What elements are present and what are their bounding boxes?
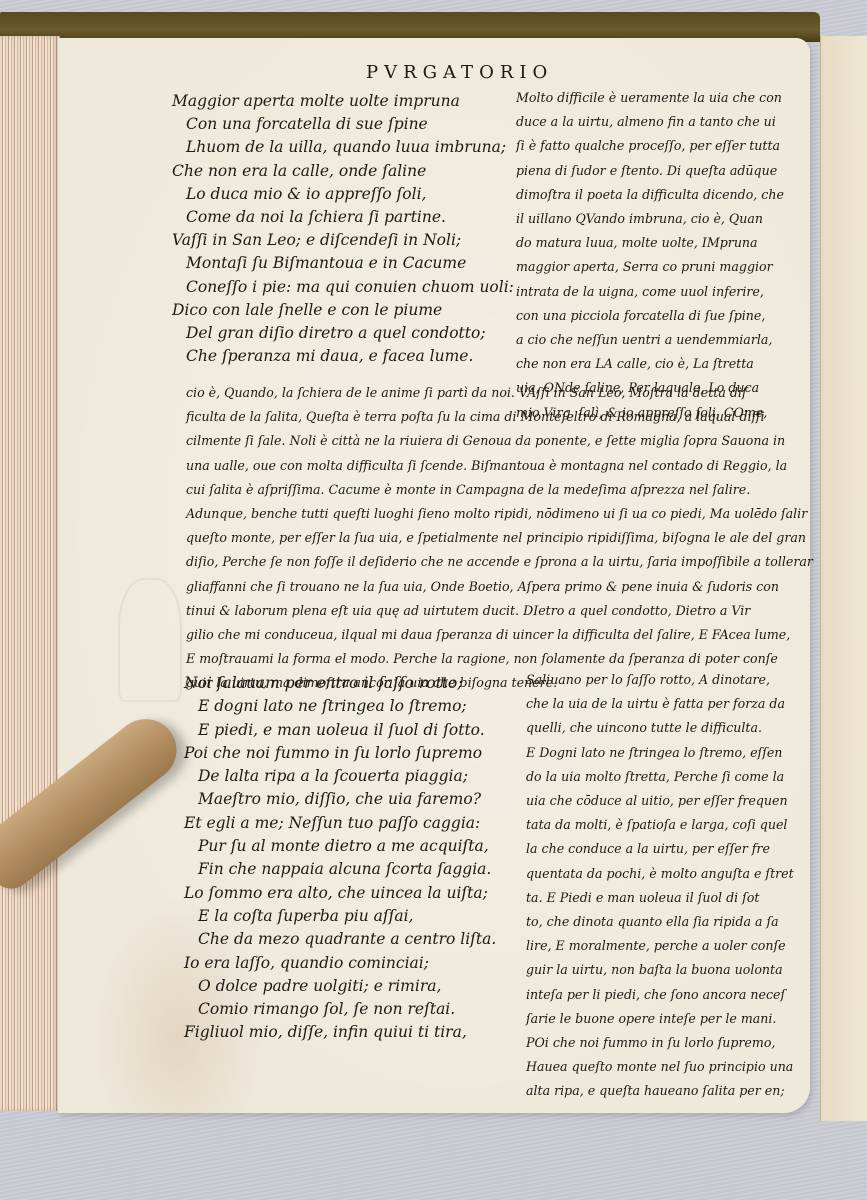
commentary-line: duce a la uirtu, almeno fin a tanto che … (516, 110, 816, 134)
running-head: PVRGATORIO (366, 62, 553, 83)
commentary-line: piena di ſudor e ſtento. Di queſta adūqu… (516, 159, 816, 183)
commentary-line: Molto difficile è ueramente la uia che c… (516, 86, 816, 110)
verse-line: Come da noi la ſchiera ſi partine. (172, 206, 514, 229)
verse-line: Lhuom de la uilla, quando luua imbruna; (172, 136, 514, 159)
commentary-line: gilio che mi conduceua, ilqual mi daua ſ… (186, 623, 806, 647)
verse-line: Io era laſſo, quandio cominciai; (184, 952, 496, 975)
commentary-line: dimoſtra il poeta la difficulta dicendo,… (516, 183, 816, 207)
commentary-line: intrata de la uigna, come uuol inferire, (516, 280, 816, 304)
page-stain (118, 578, 182, 702)
commentary-line: quentata da pochi, è molto anguſta e ſtr… (526, 862, 816, 886)
verse-line: Lo duca mio & io appreſſo ſoli, (172, 183, 514, 206)
verse-line: Coneſſo i pie: ma qui conuien chuom uoli… (172, 276, 514, 299)
verse-line: Vaſſi in San Leo; e diſcendeſi in Noli; (172, 229, 514, 252)
verse-line: Maggior aperta molte uolte impruna (172, 90, 514, 113)
commentary-line: POi che noi fummo in ſu lorlo ſupremo, (526, 1031, 816, 1055)
commentary-line: una ualle, oue con molta difficulta ſi ſ… (186, 454, 806, 478)
commentary-line: to, che dinota quanto ella ſia ripida a … (526, 910, 816, 934)
verse-line: Dico con lale ſnelle e con le piume (172, 299, 514, 322)
commentary-block-1: Molto difficile è ueramente la uia che c… (516, 86, 816, 425)
commentary-line: il uillano QVando imbruna, cio è, Quan (516, 207, 816, 231)
commentary-line: do la uia molto ſtretta, Perche ſi come … (526, 765, 816, 789)
commentary-line: tata da molti, è ſpatioſa e larga, coſi … (526, 813, 816, 837)
commentary-block-2: Saliuano per lo ſaſſo rotto, A dinotare,… (526, 668, 816, 1104)
commentary-line: inteſa per li piedi, che ſono ancora nec… (526, 983, 816, 1007)
verse-line: Figliuol mio, diſſe, infin quiui ti tira… (184, 1021, 496, 1044)
verse-block-1: Maggior aperta molte uolte impruna Con u… (172, 90, 514, 368)
commentary-line: ſarie le buone opere inteſe per le mani. (526, 1007, 816, 1031)
verse-line: Con una forcatella di sue ſpine (172, 113, 514, 136)
commentary-line: ta. E Piedi e man uoleua il ſuol di ſot (526, 886, 816, 910)
commentary-line: alta ripa, e queſta haueano ſalita per e… (526, 1079, 816, 1103)
commentary-line: ſi è fatto qualche proceſſo, per eſſer t… (516, 134, 816, 158)
facing-page-edge (820, 36, 867, 1121)
verse-line: Pur ſu al monte dietro a me acquiſta, (184, 835, 496, 858)
verse-line: E dogni lato ne ſtringea lo ſtremo; (184, 695, 496, 718)
commentary-line: Adunque, benche tutti queſti luoghi ſien… (186, 502, 806, 526)
verse-line: O dolce padre uolgiti; e rimira, (184, 975, 496, 998)
verse-line: Del gran diſio diretro a quel condotto; (172, 322, 514, 345)
book-page: PVRGATORIO Maggior aperta molte uolte im… (58, 38, 810, 1113)
verse-line: De lalta ripa a la ſcouerta piaggia; (184, 765, 496, 788)
verse-line: Montaſi ſu Biſmantoua e in Cacume (172, 252, 514, 275)
commentary-line: tinui & laborum plena eſt uia quę ad uir… (186, 599, 806, 623)
verse-line: Et egli a me; Neſſun tuo paſſo caggia: (184, 812, 496, 835)
verse-line: Comio rimango ſol, ſe non reſtai. (184, 998, 496, 1021)
commentary-line: quelli, che uincono tutte le difficulta. (526, 716, 816, 740)
verse-line: Che non era la calle, onde ſaline (172, 160, 514, 183)
verse-line: Che da mezo quadrante a centro liſta. (184, 928, 496, 951)
commentary-line: diſio, Perche ſe non foſſe il deſiderio … (186, 550, 806, 574)
verse-line: E la coſta ſuperba piu aſſai, (184, 905, 496, 928)
commentary-line: gliaffanni che ſi trouano ne la ſua uia,… (186, 575, 806, 599)
verse-line: E piedi, e man uoleua il ſuol di ſotto. (184, 719, 496, 742)
verse-line: Lo ſommo era alto, che uincea la uiſta; (184, 882, 496, 905)
verse-line: Maeſtro mio, diſſio, che uia faremo? (184, 788, 496, 811)
commentary-line: la che conduce a la uirtu, per eſſer fre (526, 837, 816, 861)
commentary-line: do matura luua, molte uolte, IMpruna (516, 231, 816, 255)
commentary-line: che la uia de la uirtu è fatta per forza… (526, 692, 816, 716)
commentary-line: uia che cōduce al uitio, per eſſer frequ… (526, 789, 816, 813)
commentary-line: lire, E moralmente, perche a uoler conſe (526, 934, 816, 958)
commentary-line: queſto monte, per eſſer la ſua uia, e ſp… (186, 526, 806, 550)
commentary-line: ficulta de la ſalita, Queſta è terra poſ… (186, 405, 806, 429)
commentary-line: Hauea queſto monte nel ſuo principio una (526, 1055, 816, 1079)
commentary-line: cio è, Quando, la ſchiera de le anime ſi… (186, 381, 806, 405)
verse-block-2: Noi ſalauam per entro il ſaſſo rotto; E … (184, 672, 496, 1045)
commentary-line: cilmente ſi ſale. Noli è città ne la riu… (186, 429, 806, 453)
commentary-line: guir la uirtu, non baſta la buona uolont… (526, 958, 816, 982)
verse-line: Noi ſalauam per entro il ſaſſo rotto; (184, 672, 496, 695)
commentary-line: E Dogni lato ne ſtringea lo ſtremo, eſſe… (526, 741, 816, 765)
verse-line: Fin che nappaia alcuna ſcorta ſaggia. (184, 858, 496, 881)
commentary-line: con una picciola forcatella di ſue ſpine… (516, 304, 816, 328)
commentary-line: Saliuano per lo ſaſſo rotto, A dinotare, (526, 668, 816, 692)
commentary-line: che non era LA calle, cio è, La ſtretta (516, 352, 816, 376)
commentary-full-width: cio è, Quando, la ſchiera de le anime ſi… (186, 381, 806, 696)
commentary-line: a cio che neſſun uentri a uendemmiarla, (516, 328, 816, 352)
verse-line: Poi che noi fummo in ſu lorlo ſupremo (184, 742, 496, 765)
verse-line: Che ſperanza mi daua, e facea lume. (172, 345, 514, 368)
commentary-line: maggior aperta, Serra co pruni maggior (516, 255, 816, 279)
commentary-line: cui ſalita è aſpriſſima. Cacume è monte … (186, 478, 806, 502)
book-fore-edge (0, 36, 60, 1111)
